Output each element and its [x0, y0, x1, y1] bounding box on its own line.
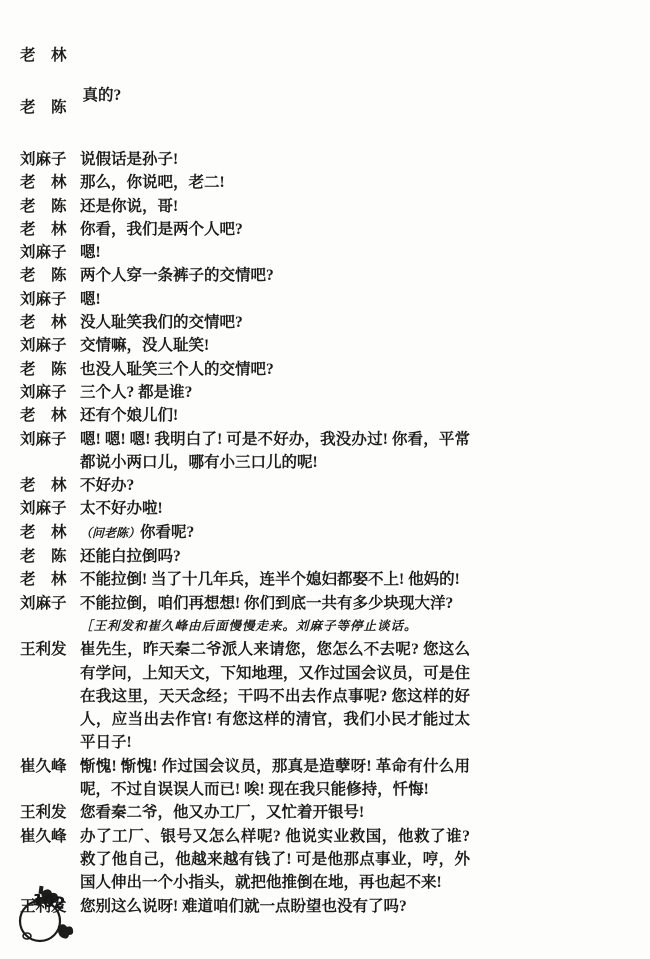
dialogue-text: 还是你说，哥!: [80, 195, 470, 218]
speaker-name: 老 陈: [20, 545, 72, 568]
speaker-name: 老 林: [20, 404, 72, 427]
dialogue-line: 老 林 还有个娘儿们!: [20, 404, 480, 427]
dialogue-line: 崔久峰 惭愧! 惭愧! 作过国会议员，那真是造孽呀! 革命有什么用呢，不过自误误…: [20, 755, 480, 802]
speaker-name: 刘麻子: [20, 148, 72, 171]
dialogue-line: 刘麻子 嗯!: [20, 241, 480, 264]
dialogue-text: 您别这么说呀! 难道咱们就一点盼望也没有了吗?: [80, 895, 470, 918]
dialogue-line: 王利发 您看秦二爷，他又办工厂，又忙着开银号!: [20, 801, 480, 824]
speaker-name: 刘麻子: [20, 288, 72, 311]
dialogue-line: 老 陈 也没人耻笑三个人的交情吧?: [20, 358, 480, 381]
speaker-name: 老 陈: [20, 358, 72, 381]
speaker-name-spacer: [20, 615, 72, 638]
teapot-icon: [10, 878, 80, 953]
dialogue-line: 老 林 不好办?: [20, 474, 480, 497]
dialogue-line: 老 林 （问老陈）你看呢?: [20, 521, 480, 545]
dialogue-text: 不好办?: [80, 474, 470, 497]
dialogue-text: 崔先生，昨天秦二爷派人来请您，您怎么不去呢? 您这么有学问，上知天文，下知地理，…: [80, 638, 470, 754]
speaker-name: 王利发: [20, 801, 72, 824]
speaker-name: 刘麻子: [20, 428, 72, 475]
dialogue-line: 刘麻子 交情嘛，没人耻笑!: [20, 334, 480, 357]
dialogue-line: 老 陈 还能白拉倒吗?: [20, 545, 480, 568]
speaker-name: 刘麻子: [20, 592, 72, 615]
dialogue-text: 太不好办啦!: [80, 497, 470, 520]
speaker-name-group: 老 林 老 陈: [20, 44, 75, 148]
speaker-name: 老 林: [20, 218, 72, 241]
dialogue-text: 嗯!: [80, 241, 470, 264]
speaker-name: 崔久峰: [20, 755, 72, 802]
speaker-name: 老 陈: [20, 195, 72, 218]
speaker-name: 老 林: [20, 171, 72, 194]
dialogue-line: 刘麻子 嗯! 嗯! 嗯! 我明白了! 可是不好办，我没办过! 你看，平常都说小两…: [20, 428, 480, 475]
dialogue-text: 嗯! 嗯! 嗯! 我明白了! 可是不好办，我没办过! 你看，平常都说小两口儿，哪…: [80, 428, 470, 475]
dialogue-line: 崔久峰 办了工厂、银号又怎么样呢? 他说实业救国，他救了谁? 救了他自己，他越来…: [20, 825, 480, 895]
dialogue-text: 真的?: [83, 84, 473, 107]
stage-direction-line: ［王利发和崔久峰由后面慢慢走来。刘麻子等停止谈话。: [20, 615, 480, 638]
dialogue-text: 交情嘛，没人耻笑!: [80, 334, 470, 357]
speaker-name: 老 林: [20, 44, 67, 96]
dialogue-text: 没人耻笑我们的交情吧?: [80, 311, 470, 334]
dialogue-line: 刘麻子 嗯!: [20, 288, 480, 311]
dialogue-text: 说假话是孙子!: [80, 148, 470, 171]
dialogue-text: 你看，我们是两个人吧?: [80, 218, 470, 241]
page-footer-ornament: 102: [10, 878, 80, 953]
speaker-name: 老 陈: [20, 264, 72, 287]
speaker-name: 老 林: [20, 568, 72, 591]
dialogue-line: 刘麻子 不能拉倒，咱们再想想! 你们到底一共有多少块现大洋?: [20, 592, 480, 615]
dialogue-line: 老 林 那么，你说吧，老二!: [20, 171, 480, 194]
dialogue-text: 你看呢?: [140, 524, 194, 541]
dialogue-text: 三个人? 都是谁?: [80, 381, 470, 404]
speaker-name: 刘麻子: [20, 381, 72, 404]
dialogue-text: 惭愧! 惭愧! 作过国会议员，那真是造孽呀! 革命有什么用呢，不过自误误人而已!…: [80, 755, 470, 802]
dialogue-text: 那么，你说吧，老二!: [80, 171, 470, 194]
dialogue-line: 老 陈 还是你说，哥!: [20, 195, 480, 218]
stage-note: （问老陈）: [80, 526, 140, 540]
dialogue-line: 老 林 没人耻笑我们的交情吧?: [20, 311, 480, 334]
dialogue-text: 不能拉倒! 当了十几年兵，连半个媳妇都娶不上! 他妈的!: [80, 568, 470, 591]
dialogue-line: 王利发 您别这么说呀! 难道咱们就一点盼望也没有了吗?: [20, 895, 480, 918]
dialogue-text: 两个人穿一条裤子的交情吧?: [80, 264, 470, 287]
book-page: 老 林 老 陈 真的? 刘麻子 说假话是孙子! 老 林 那么，你说吧，老二! 老…: [0, 0, 650, 959]
dialogue-line: 刘麻子 三个人? 都是谁?: [20, 381, 480, 404]
page-number: 102: [31, 890, 66, 913]
dialogue-text: 也没人耻笑三个人的交情吧?: [80, 358, 470, 381]
speaker-name: 王利发: [20, 638, 72, 754]
dialogue-line: 刘麻子 太不好办啦!: [20, 497, 480, 520]
dialogue-line: 老 陈 两个人穿一条裤子的交情吧?: [20, 264, 480, 287]
dialogue-text: 还有个娘儿们!: [80, 404, 470, 427]
dialogue-text: 嗯!: [80, 288, 470, 311]
speaker-name: 刘麻子: [20, 497, 72, 520]
stage-direction: ［王利发和崔久峰由后面慢慢走来。刘麻子等停止谈话。: [80, 615, 480, 638]
speaker-name: 刘麻子: [20, 334, 72, 357]
dialogue-text: 不能拉倒，咱们再想想! 你们到底一共有多少块现大洋?: [80, 592, 470, 615]
dialogue-line: 刘麻子 说假话是孙子!: [20, 148, 480, 171]
dialogue-text: 办了工厂、银号又怎么样呢? 他说实业救国，他救了谁? 救了他自己，他越来越有钱了…: [80, 825, 470, 895]
dialogue-line: 老 林 不能拉倒! 当了十几年兵，连半个媳妇都娶不上! 他妈的!: [20, 568, 480, 591]
speaker-name: 刘麻子: [20, 241, 72, 264]
dialogue-line: 老 林 老 陈 真的?: [20, 44, 480, 148]
speaker-name: 老 陈: [20, 96, 67, 148]
speaker-name: 老 林: [20, 311, 72, 334]
dialogue-line: 王利发 崔先生，昨天秦二爷派人来请您，您怎么不去呢? 您这么有学问，上知天文，下…: [20, 638, 480, 754]
play-script: 老 林 老 陈 真的? 刘麻子 说假话是孙子! 老 林 那么，你说吧，老二! 老…: [20, 44, 480, 918]
dialogue-text: 还能白拉倒吗?: [80, 545, 470, 568]
speaker-name: 老 林: [20, 474, 72, 497]
dialogue-text-with-note: （问老陈）你看呢?: [80, 521, 470, 545]
dialogue-text: 您看秦二爷，他又办工厂，又忙着开银号!: [80, 801, 470, 824]
speaker-name: 老 林: [20, 521, 72, 545]
dialogue-line: 老 林 你看，我们是两个人吧?: [20, 218, 480, 241]
